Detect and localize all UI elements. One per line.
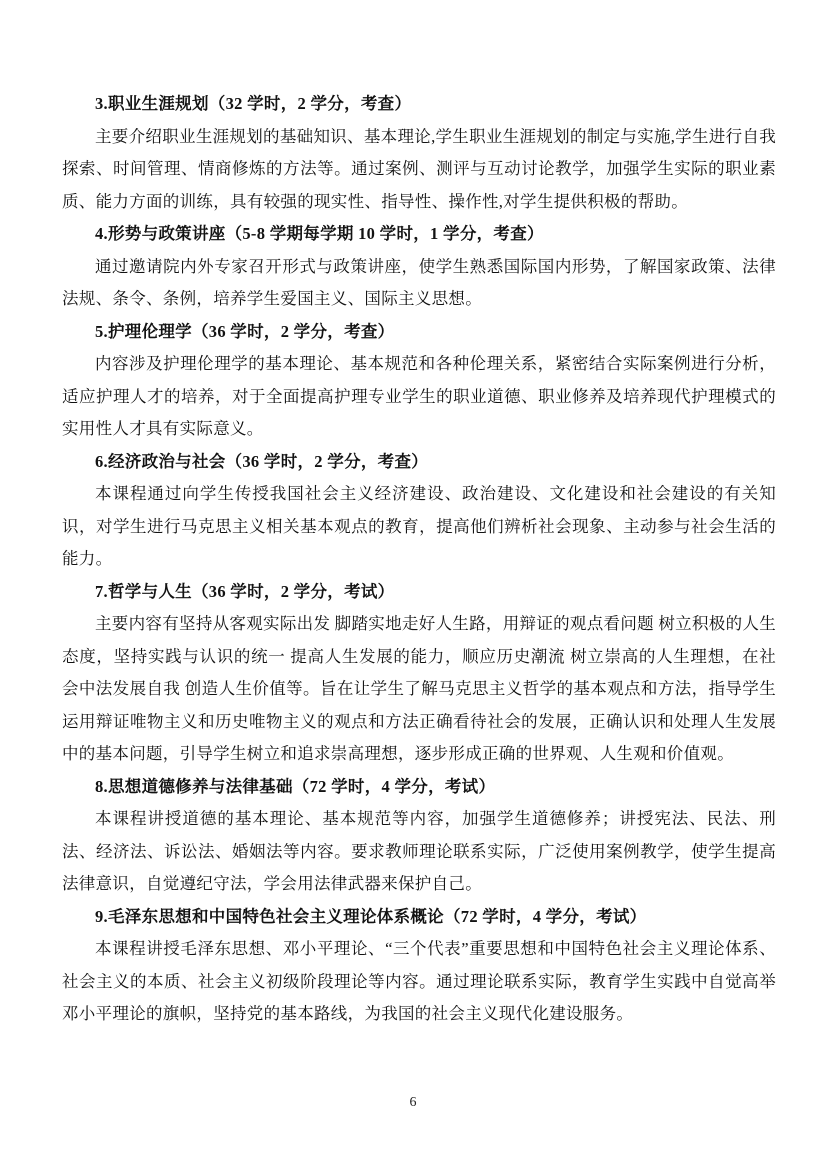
course-section-8: 8.思想道德修养与法律基础（72 学时，4 学分，考试） 本课程讲授道德的基本理… bbox=[62, 771, 776, 901]
course-heading: 8.思想道德修养与法律基础（72 学时，4 学分，考试） bbox=[62, 771, 776, 804]
course-description: 主要介绍职业生涯规划的基础知识、基本理论,学生职业生涯规划的制定与实施,学生进行… bbox=[62, 121, 776, 219]
course-section-6: 6.经济政治与社会（36 学时，2 学分，考查） 本课程通过向学生传授我国社会主… bbox=[62, 446, 776, 576]
course-heading: 5.护理伦理学（36 学时，2 学分，考查） bbox=[62, 316, 776, 349]
document-page: 3.职业生涯规划（32 学时，2 学分，考查） 主要介绍职业生涯规划的基础知识、… bbox=[0, 0, 826, 1169]
document-content: 3.职业生涯规划（32 学时，2 学分，考查） 主要介绍职业生涯规划的基础知识、… bbox=[0, 0, 826, 1031]
course-heading: 7.哲学与人生（36 学时，2 学分，考试） bbox=[62, 576, 776, 609]
course-section-4: 4.形势与政策讲座（5-8 学期每学期 10 学时，1 学分，考查） 通过邀请院… bbox=[62, 218, 776, 316]
course-description: 内容涉及护理伦理学的基本理论、基本规范和各种伦理关系，紧密结合实际案例进行分析，… bbox=[62, 348, 776, 446]
course-description: 本课程讲授毛泽东思想、邓小平理论、“三个代表”重要思想和中国特色社会主义理论体系… bbox=[62, 933, 776, 1031]
course-description: 本课程讲授道德的基本理论、基本规范等内容，加强学生道德修养；讲授宪法、民法、刑法… bbox=[62, 803, 776, 901]
course-section-9: 9.毛泽东思想和中国特色社会主义理论体系概论（72 学时，4 学分，考试） 本课… bbox=[62, 901, 776, 1031]
page-number: 6 bbox=[0, 1095, 826, 1111]
course-description: 主要内容有坚持从客观实际出发 脚踏实地走好人生路，用辩证的观点看问题 树立积极的… bbox=[62, 608, 776, 771]
course-section-3: 3.职业生涯规划（32 学时，2 学分，考查） 主要介绍职业生涯规划的基础知识、… bbox=[62, 88, 776, 218]
course-heading: 4.形势与政策讲座（5-8 学期每学期 10 学时，1 学分，考查） bbox=[62, 218, 776, 251]
course-description: 通过邀请院内外专家召开形式与政策讲座，使学生熟悉国际国内形势，了解国家政策、法律… bbox=[62, 251, 776, 316]
course-heading: 9.毛泽东思想和中国特色社会主义理论体系概论（72 学时，4 学分，考试） bbox=[62, 901, 776, 934]
course-description: 本课程通过向学生传授我国社会主义经济建设、政治建设、文化建设和社会建设的有关知识… bbox=[62, 478, 776, 576]
course-section-7: 7.哲学与人生（36 学时，2 学分，考试） 主要内容有坚持从客观实际出发 脚踏… bbox=[62, 576, 776, 771]
course-heading: 6.经济政治与社会（36 学时，2 学分，考查） bbox=[62, 446, 776, 479]
course-heading: 3.职业生涯规划（32 学时，2 学分，考查） bbox=[62, 88, 776, 121]
course-section-5: 5.护理伦理学（36 学时，2 学分，考查） 内容涉及护理伦理学的基本理论、基本… bbox=[62, 316, 776, 446]
